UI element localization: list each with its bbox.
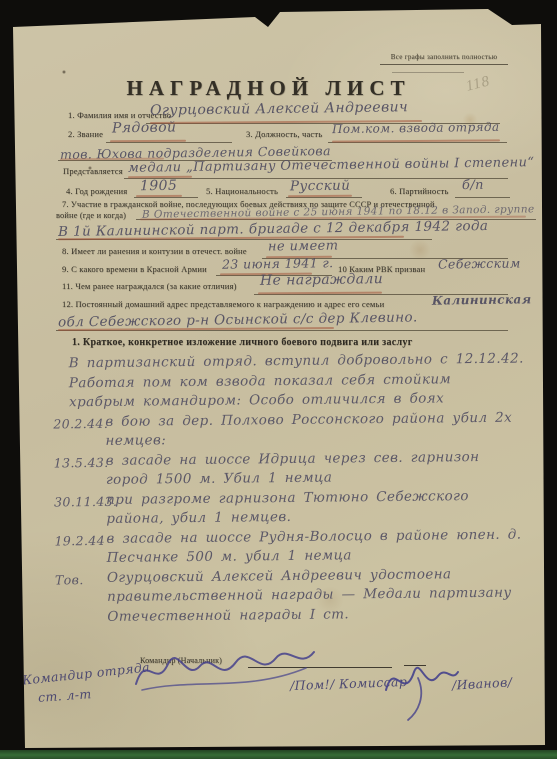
field-value-wounds: не имеет — [268, 239, 339, 255]
body-line: В партизанский отряд. вступил добровольн… — [53, 350, 526, 413]
field-label-war-participation-2: войне (где и когда) — [56, 211, 126, 220]
field-value-unit: Пом.ком. взвода отряда — [332, 120, 500, 136]
scanner-edge-strip — [0, 750, 557, 759]
body-line: Тов.Огурцовский Алексей Андреевич удосто… — [55, 564, 528, 627]
body-line-text: в засаде на шоссе Идрица через сев. гарн… — [106, 449, 480, 488]
body-line: 19.2.44в засаде на шоссе Рудня-Волосцо в… — [54, 525, 526, 569]
body-line-date: Тов. — [55, 570, 84, 590]
form-rule — [455, 197, 510, 198]
body-line: 13.5.43.в засаде на шоссе Идрица через с… — [54, 447, 526, 491]
field-label-previous-awards: 11. Чем ранее награждался (за какие отли… — [62, 281, 237, 291]
field-label-presented: Представляется — [63, 166, 123, 176]
body-line-text: Огурцовский Алексей Андреевич удостоена … — [107, 566, 512, 625]
field-label-unit: 3. Должность, часть — [246, 129, 322, 139]
body-line-date: 20.2.44. — [53, 413, 108, 433]
document-title: НАГРАДНОЙ ЛИСТ — [0, 76, 537, 101]
scanned-document-backdrop: Все графы заполнить полностью 118 НАГРАД… — [0, 0, 557, 759]
red-underline — [136, 195, 182, 197]
body-line-date: 30.11.43. — [54, 491, 117, 511]
field-value-nationality: Русский — [290, 178, 351, 195]
field-value-name: Огурцовский Алексей Андреевич — [150, 99, 408, 119]
body-line-text: В партизанский отряд. вступил добровольн… — [69, 351, 524, 411]
body-line: 20.2.44.в бою за дер. Полхово Россонског… — [53, 408, 525, 452]
field-label-rank: 2. Звание — [68, 129, 103, 139]
field-value-rvk: Себежским — [438, 255, 521, 271]
body-line-text: при разгроме гарнизона Тютюно Себежского… — [106, 488, 469, 527]
body-paragraphs: В партизанский отряд. вступил добровольн… — [53, 350, 528, 628]
footer-handwritten-ivanov: /Иванов/ — [452, 674, 513, 692]
body-line-date: 19.2.44 — [54, 530, 105, 550]
form-rule — [134, 197, 198, 198]
section-heading-feat-description: 1. Краткое, конкретное изложение личного… — [72, 337, 413, 348]
body-line: 30.11.43.при разгроме гарнизона Тютюно С… — [54, 486, 526, 530]
fill-all-fields-note: Все графы заполнить полностью — [380, 53, 508, 65]
field-label-address: 12. Постоянный домашний адрес представля… — [62, 299, 384, 309]
field-label-birthyear: 4. Год рождения — [66, 186, 127, 196]
note-underline — [392, 72, 464, 73]
field-value-birthyear: 1905 — [140, 178, 177, 195]
body-line-date: 13.5.43. — [54, 452, 109, 472]
commissar-signature — [378, 652, 462, 724]
field-value-address: Калининская — [432, 292, 532, 307]
field-value-army-since: 23 июня 1941 г. — [222, 255, 334, 272]
field-label-army-since: 9. С какого времени в Красной Армии — [62, 264, 207, 274]
field-value-rank: Рядовой — [112, 120, 177, 137]
field-label-party: 6. Партийность — [390, 186, 449, 196]
body-line-text: в бою за дер. Полхово Россонского района… — [105, 409, 512, 449]
body-line-text: в засаде на шоссе Рудня-Волосцо в районе… — [106, 526, 521, 566]
field-label-wounds: 8. Имеет ли ранения и контузии в отечест… — [62, 246, 247, 256]
field-value-previous-awards: Не награждали — [260, 271, 383, 289]
field-label-nationality: 5. Национальность — [206, 186, 278, 196]
award-sheet-page: Все графы заполнить полностью 118 НАГРАД… — [0, 0, 557, 759]
field-value-party: б/п — [462, 178, 484, 193]
footer-handwritten-senior-lieutenant: ст. л-т — [38, 686, 93, 705]
